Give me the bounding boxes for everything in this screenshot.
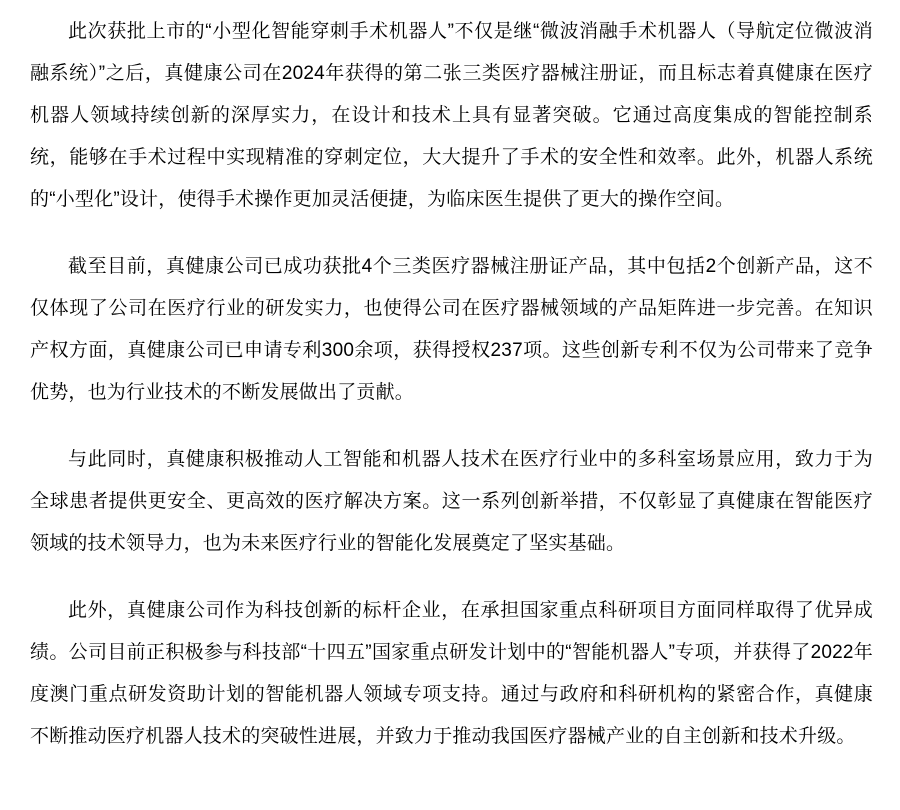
paragraph-product-approval: 此次获批上市的“小型化智能穿刺手术机器人”不仅是继“微波消融手术机器人（导航定位… [30,11,873,221]
paragraph-national-projects: 此外，真健康公司作为科技创新的标杆企业，在承担国家重点科研项目方面同样取得了优异… [30,590,873,758]
paragraph-registrations-patents: 截至目前，真健康公司已成功获批4个三类医疗器械注册证产品，其中包括2个创新产品，… [30,246,873,414]
paragraph-ai-healthcare: 与此同时，真健康积极推动人工智能和机器人技术在医疗行业中的多科室场景应用，致力于… [30,439,873,565]
article-page: 此次获批上市的“小型化智能穿刺手术机器人”不仅是继“微波消融手术机器人（导航定位… [0,0,900,810]
